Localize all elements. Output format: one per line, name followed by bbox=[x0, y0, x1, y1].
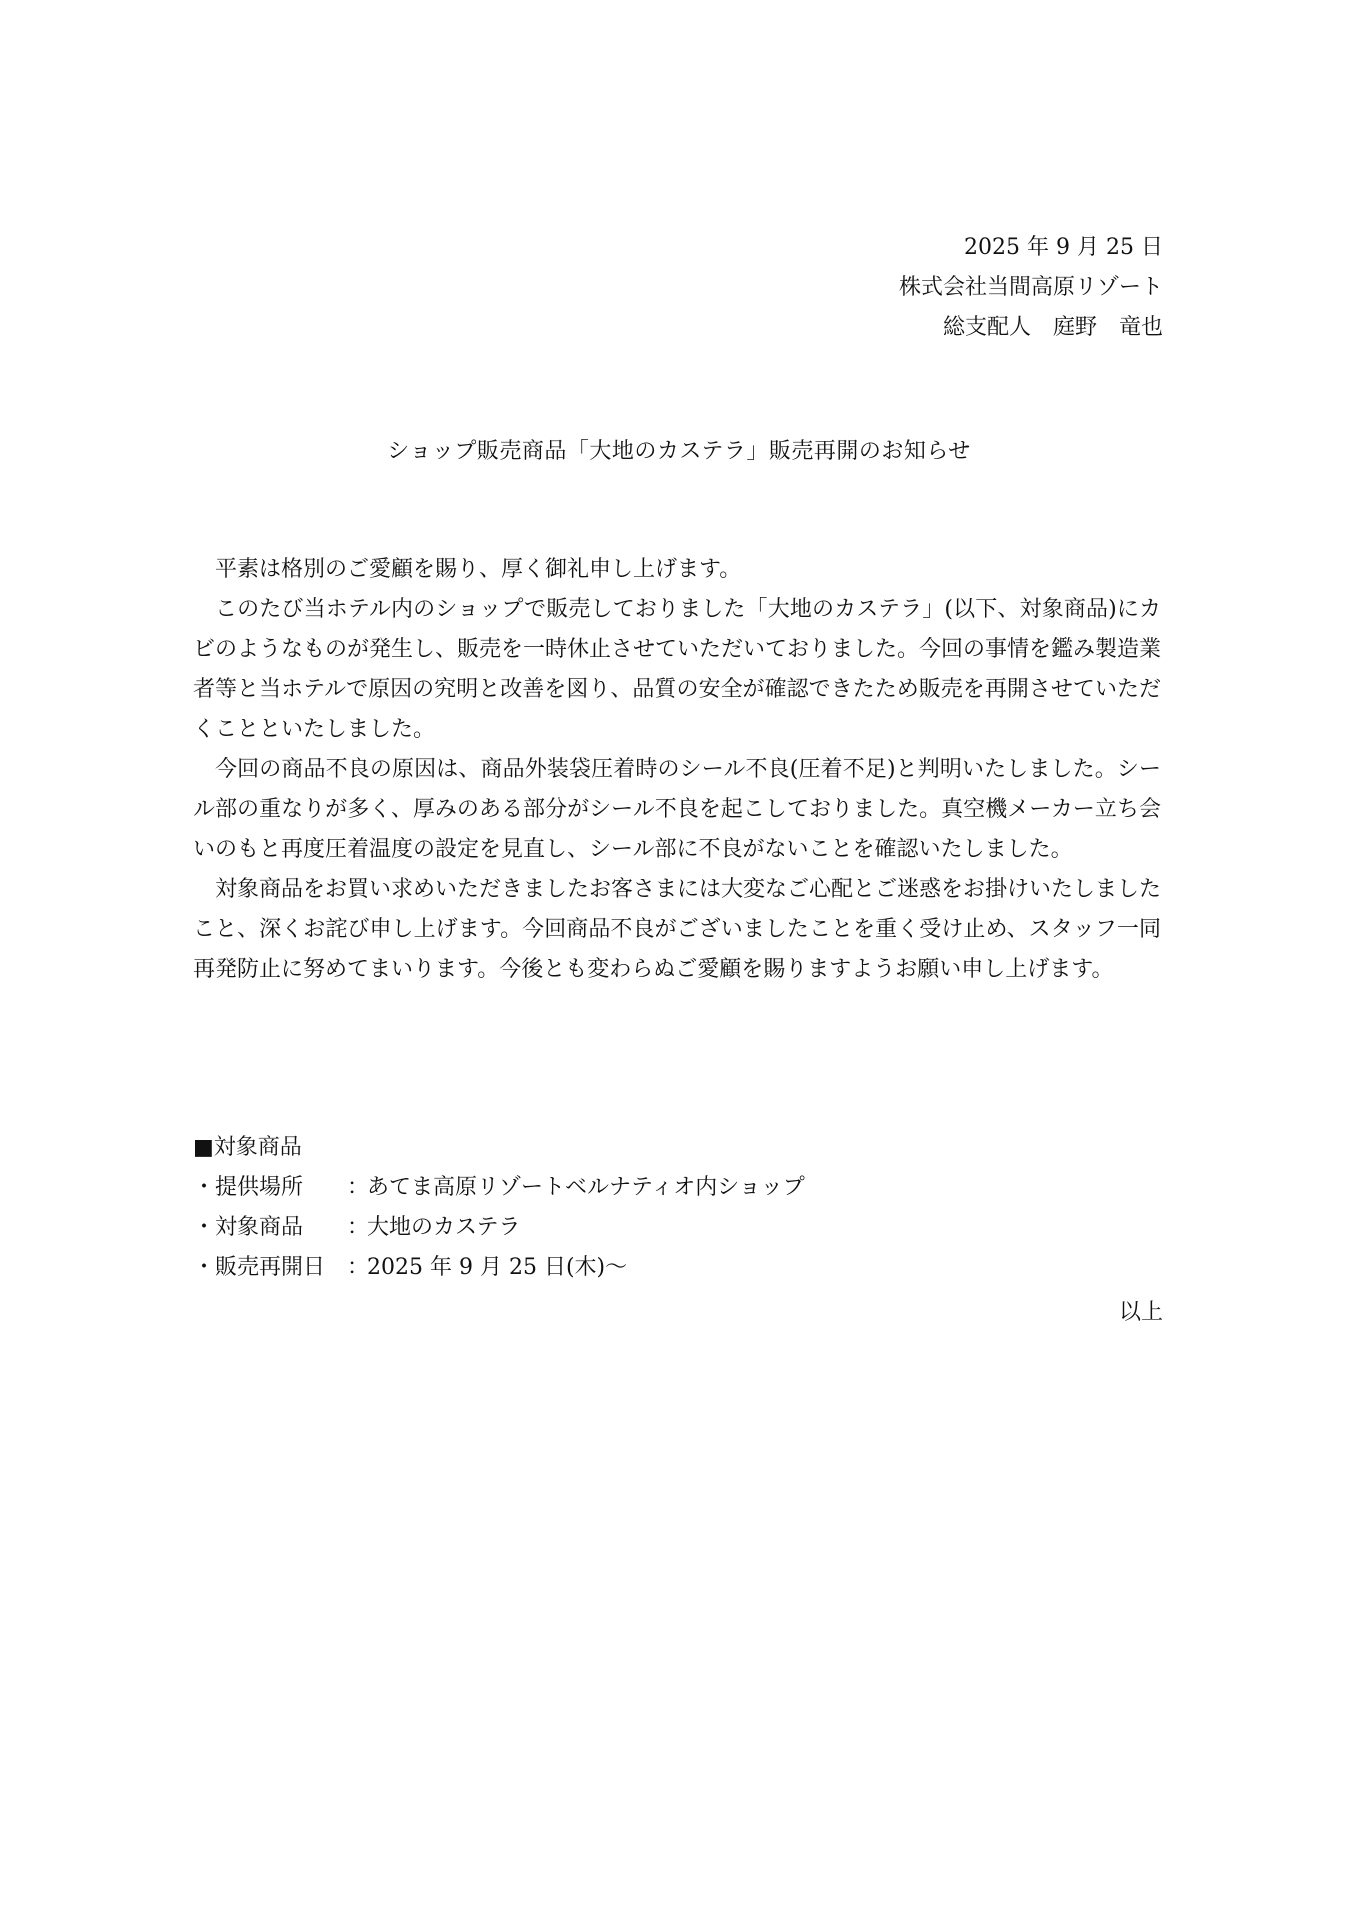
bullet-icon: ・ bbox=[193, 1168, 215, 1208]
list-item-product: ・ 対象商品 ： 大地のカステラ bbox=[193, 1208, 1161, 1248]
document-title: ショップ販売商品「大地のカステラ」販売再開のお知らせ bbox=[0, 432, 1358, 472]
body-text: 平素は格別のご愛顧を賜り、厚く御礼申し上げます。 このたび当ホテル内のショップで… bbox=[193, 550, 1161, 990]
section-heading: ■対象商品 bbox=[193, 1128, 1161, 1168]
signatory: 総支配人 庭野 竜也 bbox=[899, 308, 1163, 348]
list-item-resume-date: ・ 販売再開日 ： 2025 年 9 月 25 日(木)〜 bbox=[193, 1248, 1161, 1288]
item-colon: ： bbox=[347, 1248, 367, 1288]
item-label: 対象商品 bbox=[215, 1208, 347, 1248]
item-value: あてま高原リゾートベルナティオ内ショップ bbox=[367, 1168, 805, 1208]
letterhead: 2025 年 9 月 25 日 株式会社当間高原リゾート 総支配人 庭野 竜也 bbox=[899, 228, 1163, 348]
closing-mark: 以上 bbox=[1119, 1293, 1163, 1333]
item-colon: ： bbox=[347, 1168, 367, 1208]
list-item-location: ・ 提供場所 ： あてま高原リゾートベルナティオ内ショップ bbox=[193, 1168, 1161, 1208]
target-product-section: ■対象商品 ・ 提供場所 ： あてま高原リゾートベルナティオ内ショップ ・ 対象… bbox=[193, 1128, 1161, 1288]
bullet-icon: ・ bbox=[193, 1248, 215, 1288]
item-value: 大地のカステラ bbox=[367, 1208, 521, 1248]
item-value: 2025 年 9 月 25 日(木)〜 bbox=[367, 1248, 627, 1288]
item-label: 販売再開日 bbox=[215, 1248, 347, 1288]
bullet-icon: ・ bbox=[193, 1208, 215, 1248]
item-label: 提供場所 bbox=[215, 1168, 347, 1208]
paragraph-greeting: 平素は格別のご愛顧を賜り、厚く御礼申し上げます。 bbox=[193, 550, 1161, 590]
document-page: 2025 年 9 月 25 日 株式会社当間高原リゾート 総支配人 庭野 竜也 … bbox=[0, 0, 1358, 1920]
paragraph-apology: 対象商品をお買い求めいただきましたお客さまには大変なご心配とご迷惑をお掛けいたし… bbox=[193, 870, 1161, 990]
issue-date: 2025 年 9 月 25 日 bbox=[899, 228, 1163, 268]
item-colon: ： bbox=[347, 1208, 367, 1248]
company-name: 株式会社当間高原リゾート bbox=[899, 268, 1163, 308]
paragraph-cause: 今回の商品不良の原因は、商品外装袋圧着時のシール不良(圧着不足)と判明いたしまし… bbox=[193, 750, 1161, 870]
paragraph-background: このたび当ホテル内のショップで販売しておりました「大地のカステラ」(以下、対象商… bbox=[193, 590, 1161, 750]
